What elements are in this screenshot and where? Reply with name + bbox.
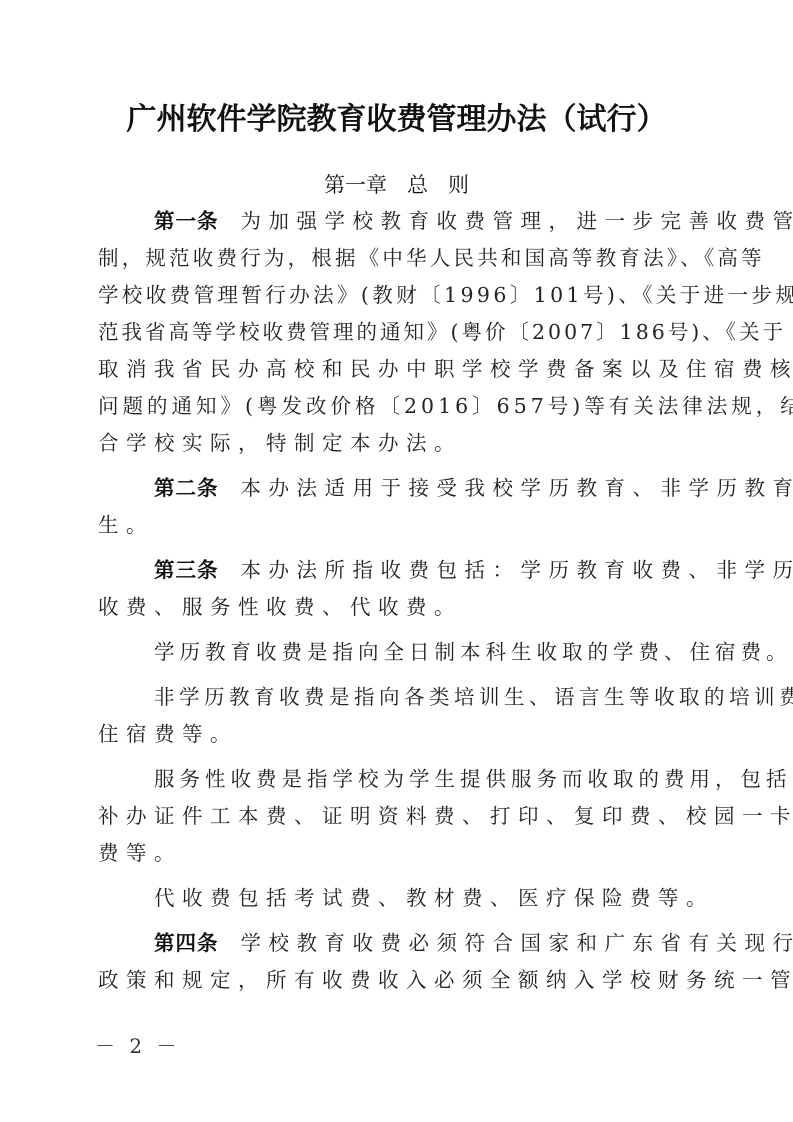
chapter-name: 总 — [407, 173, 428, 197]
article-1: 第一条为加强学校教育收费管理，进一步完善收费管理机 制，规范收费行为，根据《中华… — [98, 203, 698, 462]
chapter-number: 第一章 — [324, 173, 387, 197]
chapter-heading: 第一章总则 — [0, 170, 793, 200]
text-line: 服务性收费是指学校为学生提供服务而收取的费用，包括： — [98, 761, 698, 798]
page-number: － 2 － — [95, 1030, 180, 1059]
article-3: 第三条本办法所指收费包括：学历教育收费、非学历教育 收费、服务性收费、代收费。 … — [98, 552, 698, 917]
text-line: 非学历教育收费是指向各类培训生、语言生等收取的培训费、 — [98, 679, 698, 716]
text-line: 政策和规定，所有收费收入必须全额纳入学校财务统一管理和核 — [98, 962, 698, 999]
text-line: 第二条本办法适用于接受我校学历教育、非学历教育的学 — [98, 470, 698, 507]
text-line: 补办证件工本费、证明资料费、打印、复印费、校园一卡通补办 — [98, 798, 698, 835]
text-line: 问题的通知》(粤发改价格〔2016〕657号)等有关法律法规，结 — [98, 388, 698, 425]
text-line: 制，规范收费行为，根据《中华人民共和国高等教育法》、《高等 — [98, 240, 698, 277]
article-4: 第四条学校教育收费必须符合国家和广东省有关现行收费 政策和规定，所有收费收入必须… — [98, 925, 698, 999]
text-line: 费等。 — [98, 835, 698, 872]
document-title: 广州软件学院教育收费管理办法（试行） — [0, 100, 793, 140]
text-line: 住宿费等。 — [98, 716, 698, 753]
article-label: 第二条 — [154, 476, 219, 500]
text-line: 取消我省民办高校和民办中职学校学费备案以及住宿费核准有关 — [98, 351, 698, 388]
text-line: 第三条本办法所指收费包括：学历教育收费、非学历教育 — [98, 552, 698, 589]
text-line: 第一条为加强学校教育收费管理，进一步完善收费管理机 — [98, 203, 698, 240]
text-line: 生。 — [98, 507, 698, 544]
text-line: 学历教育收费是指向全日制本科生收取的学费、住宿费。 — [98, 634, 698, 671]
article-label: 第三条 — [154, 558, 219, 582]
text-line: 收费、服务性收费、代收费。 — [98, 589, 698, 626]
document-body: 第一条为加强学校教育收费管理，进一步完善收费管理机 制，规范收费行为，根据《中华… — [98, 203, 698, 999]
text-line: 第四条学校教育收费必须符合国家和广东省有关现行收费 — [98, 925, 698, 962]
text-line: 学校收费管理暂行办法》(教财〔1996〕101号)、《关于进一步规 — [98, 277, 698, 314]
article-label: 第一条 — [154, 209, 219, 233]
text-line: 范我省高等学校收费管理的通知》(粤价〔2007〕186号)、《关于 — [98, 314, 698, 351]
chapter-name-2: 则 — [448, 173, 469, 197]
text-line: 合学校实际，特制定本办法。 — [98, 425, 698, 462]
article-label: 第四条 — [154, 931, 219, 955]
article-2: 第二条本办法适用于接受我校学历教育、非学历教育的学 生。 — [98, 470, 698, 544]
text-line: 代收费包括考试费、教材费、医疗保险费等。 — [98, 880, 698, 917]
